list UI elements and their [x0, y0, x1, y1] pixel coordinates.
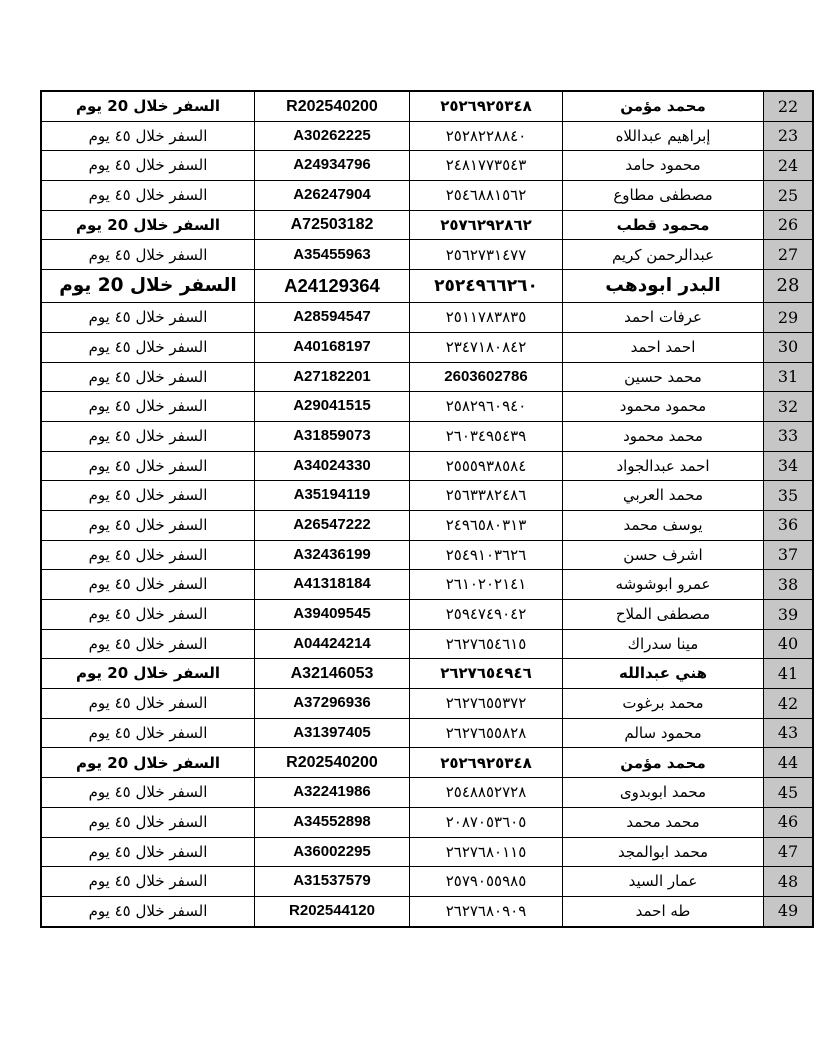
- travel-note-cell: السفر خلال ٤٥ يوم: [41, 629, 255, 659]
- table-row: 44 محمد مؤمن ٢٥٢٦٩٢٥٣٤٨ R202540200 السفر…: [41, 748, 813, 778]
- table-row: 34 احمد عبدالجواد ٢٥٥٥٩٣٨٥٨٤ A34024330 ا…: [41, 451, 813, 481]
- travel-roster-table-body: 22 محمد مؤمن ٢٥٢٦٩٢٥٣٤٨ R202540200 السفر…: [41, 91, 813, 927]
- table-row: 27 عبدالرحمن كريم ٢٥٦٢٧٣١٤٧٧ A35455963 ا…: [41, 240, 813, 270]
- table-row: 24 محمود حامد ٢٤٨١٧٧٣٥٤٣ A24934796 السفر…: [41, 151, 813, 181]
- name-cell: يوسف محمد: [563, 510, 764, 540]
- row-number-cell: 27: [764, 240, 814, 270]
- row-number-cell: 28: [764, 270, 814, 303]
- travel-note-cell: السفر خلال 20 يوم: [41, 748, 255, 778]
- table-row: 48 عمار السيد ٢٥٧٩٠٥٥٩٨٥ A31537579 السفر…: [41, 867, 813, 897]
- row-number-cell: 25: [764, 181, 814, 211]
- travel-note-cell: السفر خلال ٤٥ يوم: [41, 867, 255, 897]
- national-id-cell: ٢٥٢٦٩٢٥٣٤٨: [410, 748, 563, 778]
- travel-note-cell: السفر خلال 20 يوم: [41, 210, 255, 240]
- name-cell: مصطفى الملاح: [563, 600, 764, 630]
- row-number-cell: 34: [764, 451, 814, 481]
- name-cell: محمود قطب: [563, 210, 764, 240]
- name-cell: احمد عبدالجواد: [563, 451, 764, 481]
- table-row: 22 محمد مؤمن ٢٥٢٦٩٢٥٣٤٨ R202540200 السفر…: [41, 91, 813, 121]
- travel-note-cell: السفر خلال ٤٥ يوم: [41, 807, 255, 837]
- passport-cell: A34024330: [255, 451, 410, 481]
- travel-note-cell: السفر خلال ٤٥ يوم: [41, 332, 255, 362]
- row-number-cell: 42: [764, 689, 814, 719]
- travel-note-cell: السفر خلال ٤٥ يوم: [41, 837, 255, 867]
- row-number-cell: 30: [764, 332, 814, 362]
- travel-note-cell: السفر خلال ٤٥ يوم: [41, 181, 255, 211]
- national-id-cell: ٢٥٢٦٩٢٥٣٤٨: [410, 91, 563, 121]
- name-cell: طه احمد: [563, 896, 764, 926]
- national-id-cell: ٢٦٢٧٦٥٤٩٤٦: [410, 659, 563, 689]
- name-cell: احمد احمد: [563, 332, 764, 362]
- passport-cell: A26247904: [255, 181, 410, 211]
- table-row: 31 محمد حسين 2603602786 A27182201 السفر …: [41, 362, 813, 392]
- passport-cell: A31397405: [255, 718, 410, 748]
- row-number-cell: 24: [764, 151, 814, 181]
- travel-note-cell: السفر خلال ٤٥ يوم: [41, 392, 255, 422]
- passport-cell: A31537579: [255, 867, 410, 897]
- national-id-cell: ٢٥٩٤٧٤٩٠٤٢: [410, 600, 563, 630]
- national-id-cell: ٢٥٦٣٣٨٢٤٨٦: [410, 481, 563, 511]
- travel-note-cell: السفر خلال ٤٥ يوم: [41, 362, 255, 392]
- national-id-cell: ٢٣٤٧١٨٠٨٤٢: [410, 332, 563, 362]
- table-row: 43 محمود سالم ٢٦٢٧٦٥٥٨٢٨ A31397405 السفر…: [41, 718, 813, 748]
- name-cell: محمد مؤمن: [563, 748, 764, 778]
- row-number-cell: 44: [764, 748, 814, 778]
- table-row: 42 محمد برغوت ٢٦٢٧٦٥٥٣٧٢ A37296936 السفر…: [41, 689, 813, 719]
- passport-cell: R202540200: [255, 748, 410, 778]
- name-cell: إبراهيم عبداللاه: [563, 121, 764, 151]
- passport-cell: A32436199: [255, 540, 410, 570]
- name-cell: هني عبدالله: [563, 659, 764, 689]
- national-id-cell: ٢٥٢٨٢٢٨٨٤٠: [410, 121, 563, 151]
- travel-note-cell: السفر خلال ٤٥ يوم: [41, 421, 255, 451]
- table-row: 45 محمد ابوبدوى ٢٥٤٨٨٥٢٧٢٨ A32241986 الس…: [41, 778, 813, 808]
- travel-note-cell: السفر خلال 20 يوم: [41, 91, 255, 121]
- name-cell: عمرو ابوشوشه: [563, 570, 764, 600]
- national-id-cell: ٢٥٦٢٧٣١٤٧٧: [410, 240, 563, 270]
- passport-cell: A31859073: [255, 421, 410, 451]
- passport-cell: A40168197: [255, 332, 410, 362]
- passport-cell: A26547222: [255, 510, 410, 540]
- table-row: 23 إبراهيم عبداللاه ٢٥٢٨٢٢٨٨٤٠ A30262225…: [41, 121, 813, 151]
- passport-cell: R202544120: [255, 896, 410, 926]
- row-number-cell: 22: [764, 91, 814, 121]
- name-cell: محمد ابوالمجد: [563, 837, 764, 867]
- row-number-cell: 39: [764, 600, 814, 630]
- travel-note-cell: السفر خلال ٤٥ يوم: [41, 240, 255, 270]
- row-number-cell: 46: [764, 807, 814, 837]
- table-row: 40 مينا سدراك ٢٦٢٧٦٥٤٦١٥ A04424214 السفر…: [41, 629, 813, 659]
- national-id-cell: ٢٦٠٣٤٩٥٤٣٩: [410, 421, 563, 451]
- passport-cell: A24129364: [255, 270, 410, 303]
- row-number-cell: 36: [764, 510, 814, 540]
- travel-note-cell: السفر خلال ٤٥ يوم: [41, 151, 255, 181]
- name-cell: محمد حسين: [563, 362, 764, 392]
- name-cell: عمار السيد: [563, 867, 764, 897]
- national-id-cell: ٢٦٢٧٦٨٠٩٠٩: [410, 896, 563, 926]
- name-cell: محمود محمود: [563, 392, 764, 422]
- row-number-cell: 35: [764, 481, 814, 511]
- national-id-cell: ٢٦٢٧٦٥٥٣٧٢: [410, 689, 563, 719]
- table-row: 26 محمود قطب ٢٥٧٦٢٩٢٨٦٢ A72503182 السفر …: [41, 210, 813, 240]
- travel-note-cell: السفر خلال ٤٥ يوم: [41, 570, 255, 600]
- national-id-cell: ٢٦١٠٢٠٢١٤١: [410, 570, 563, 600]
- table-row: 36 يوسف محمد ٢٤٩٦٥٨٠٣١٣ A26547222 السفر …: [41, 510, 813, 540]
- passport-cell: A34552898: [255, 807, 410, 837]
- travel-note-cell: السفر خلال ٤٥ يوم: [41, 481, 255, 511]
- name-cell: محمد محمود: [563, 421, 764, 451]
- travel-note-cell: السفر خلال 20 يوم: [41, 659, 255, 689]
- name-cell: محمد برغوت: [563, 689, 764, 719]
- row-number-cell: 29: [764, 303, 814, 333]
- national-id-cell: ٢٥٢٤٩٦٦٢٦٠: [410, 270, 563, 303]
- national-id-cell: ٢٥٤٦٨٨١٥٦٢: [410, 181, 563, 211]
- row-number-cell: 41: [764, 659, 814, 689]
- row-number-cell: 38: [764, 570, 814, 600]
- travel-note-cell: السفر خلال ٤٥ يوم: [41, 510, 255, 540]
- table-row: 30 احمد احمد ٢٣٤٧١٨٠٨٤٢ A40168197 السفر …: [41, 332, 813, 362]
- national-id-cell: ٢٥٨٢٩٦٠٩٤٠: [410, 392, 563, 422]
- table-row: 32 محمود محمود ٢٥٨٢٩٦٠٩٤٠ A29041515 السف…: [41, 392, 813, 422]
- name-cell: محمد ابوبدوى: [563, 778, 764, 808]
- row-number-cell: 47: [764, 837, 814, 867]
- national-id-cell: ٢٥٥٥٩٣٨٥٨٤: [410, 451, 563, 481]
- passport-cell: A28594547: [255, 303, 410, 333]
- passport-cell: A32241986: [255, 778, 410, 808]
- national-id-cell: ٢٥٤٩١٠٣٦٢٦: [410, 540, 563, 570]
- table-row: 25 مصطفى مطاوع ٢٥٤٦٨٨١٥٦٢ A26247904 السف…: [41, 181, 813, 211]
- passport-cell: A32146053: [255, 659, 410, 689]
- travel-note-cell: السفر خلال ٤٥ يوم: [41, 778, 255, 808]
- name-cell: محمد محمد: [563, 807, 764, 837]
- table-row: 38 عمرو ابوشوشه ٢٦١٠٢٠٢١٤١ A41318184 الس…: [41, 570, 813, 600]
- name-cell: محمود حامد: [563, 151, 764, 181]
- row-number-cell: 33: [764, 421, 814, 451]
- row-number-cell: 23: [764, 121, 814, 151]
- national-id-cell: ٢٥٧٦٢٩٢٨٦٢: [410, 210, 563, 240]
- travel-note-cell: السفر خلال ٤٥ يوم: [41, 896, 255, 926]
- national-id-cell: ٢٠٨٧٠٥٣٦٠٥: [410, 807, 563, 837]
- travel-note-cell: السفر خلال ٤٥ يوم: [41, 540, 255, 570]
- travel-note-cell: السفر خلال ٤٥ يوم: [41, 718, 255, 748]
- travel-note-cell: السفر خلال ٤٥ يوم: [41, 451, 255, 481]
- passport-cell: A27182201: [255, 362, 410, 392]
- national-id-cell: 2603602786: [410, 362, 563, 392]
- passport-cell: A29041515: [255, 392, 410, 422]
- travel-note-cell: السفر خلال ٤٥ يوم: [41, 303, 255, 333]
- table-row: 33 محمد محمود ٢٦٠٣٤٩٥٤٣٩ A31859073 السفر…: [41, 421, 813, 451]
- name-cell: البدر ابودهب: [563, 270, 764, 303]
- row-number-cell: 45: [764, 778, 814, 808]
- passport-cell: A72503182: [255, 210, 410, 240]
- table-row: 35 محمد العربي ٢٥٦٣٣٨٢٤٨٦ A35194119 السف…: [41, 481, 813, 511]
- table-row: 28 البدر ابودهب ٢٥٢٤٩٦٦٢٦٠ A24129364 الس…: [41, 270, 813, 303]
- name-cell: عرفات احمد: [563, 303, 764, 333]
- table-row: 39 مصطفى الملاح ٢٥٩٤٧٤٩٠٤٢ A39409545 الس…: [41, 600, 813, 630]
- travel-note-cell: السفر خلال ٤٥ يوم: [41, 689, 255, 719]
- table-row: 29 عرفات احمد ٢٥١١٧٨٣٨٣٥ A28594547 السفر…: [41, 303, 813, 333]
- national-id-cell: ٢٦٢٧٦٥٥٨٢٨: [410, 718, 563, 748]
- passport-cell: A41318184: [255, 570, 410, 600]
- name-cell: عبدالرحمن كريم: [563, 240, 764, 270]
- travel-note-cell: السفر خلال 20 يوم: [41, 270, 255, 303]
- passport-cell: A35194119: [255, 481, 410, 511]
- national-id-cell: ٢٤٨١٧٧٣٥٤٣: [410, 151, 563, 181]
- name-cell: مينا سدراك: [563, 629, 764, 659]
- travel-roster-table: 22 محمد مؤمن ٢٥٢٦٩٢٥٣٤٨ R202540200 السفر…: [40, 90, 814, 928]
- document-page: 22 محمد مؤمن ٢٥٢٦٩٢٥٣٤٨ R202540200 السفر…: [0, 0, 816, 1056]
- national-id-cell: ٢٥٤٨٨٥٢٧٢٨: [410, 778, 563, 808]
- name-cell: محمد مؤمن: [563, 91, 764, 121]
- passport-cell: A37296936: [255, 689, 410, 719]
- passport-cell: A39409545: [255, 600, 410, 630]
- national-id-cell: ٢٥١١٧٨٣٨٣٥: [410, 303, 563, 333]
- name-cell: محمود سالم: [563, 718, 764, 748]
- row-number-cell: 43: [764, 718, 814, 748]
- travel-note-cell: السفر خلال ٤٥ يوم: [41, 600, 255, 630]
- passport-cell: A04424214: [255, 629, 410, 659]
- passport-cell: R202540200: [255, 91, 410, 121]
- table-row: 47 محمد ابوالمجد ٢٦٢٧٦٨٠١١٥ A36002295 ال…: [41, 837, 813, 867]
- national-id-cell: ٢٥٧٩٠٥٥٩٨٥: [410, 867, 563, 897]
- row-number-cell: 49: [764, 896, 814, 926]
- row-number-cell: 31: [764, 362, 814, 392]
- row-number-cell: 32: [764, 392, 814, 422]
- national-id-cell: ٢٤٩٦٥٨٠٣١٣: [410, 510, 563, 540]
- passport-cell: A35455963: [255, 240, 410, 270]
- row-number-cell: 26: [764, 210, 814, 240]
- travel-note-cell: السفر خلال ٤٥ يوم: [41, 121, 255, 151]
- national-id-cell: ٢٦٢٧٦٥٤٦١٥: [410, 629, 563, 659]
- table-row: 46 محمد محمد ٢٠٨٧٠٥٣٦٠٥ A34552898 السفر …: [41, 807, 813, 837]
- passport-cell: A36002295: [255, 837, 410, 867]
- row-number-cell: 37: [764, 540, 814, 570]
- row-number-cell: 40: [764, 629, 814, 659]
- name-cell: محمد العربي: [563, 481, 764, 511]
- table-row: 41 هني عبدالله ٢٦٢٧٦٥٤٩٤٦ A32146053 السف…: [41, 659, 813, 689]
- passport-cell: A24934796: [255, 151, 410, 181]
- row-number-cell: 48: [764, 867, 814, 897]
- passport-cell: A30262225: [255, 121, 410, 151]
- table-row: 49 طه احمد ٢٦٢٧٦٨٠٩٠٩ R202544120 السفر خ…: [41, 896, 813, 926]
- table-row: 37 اشرف حسن ٢٥٤٩١٠٣٦٢٦ A32436199 السفر خ…: [41, 540, 813, 570]
- name-cell: اشرف حسن: [563, 540, 764, 570]
- name-cell: مصطفى مطاوع: [563, 181, 764, 211]
- national-id-cell: ٢٦٢٧٦٨٠١١٥: [410, 837, 563, 867]
